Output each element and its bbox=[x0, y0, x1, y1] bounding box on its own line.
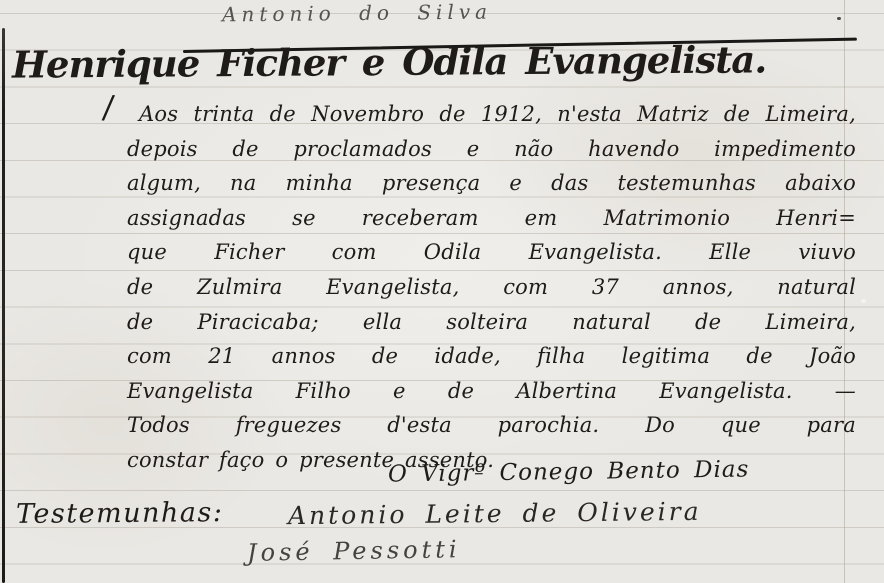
record-body-line: Evangelista Filho e de Albertina Evangel… bbox=[127, 374, 856, 409]
record-body-line: assignadas se receberam em Matrimonio He… bbox=[127, 201, 856, 236]
record-body-line: que Ficher com Odila Evangelista. Elle v… bbox=[127, 235, 856, 270]
witness-signature: José Pessotti bbox=[247, 535, 461, 567]
witness-signature: Antonio Leite de Oliveira bbox=[288, 497, 702, 530]
witnesses-label: Testemunhas: bbox=[16, 497, 224, 530]
previous-record-signature: Antonio do Silva bbox=[222, 0, 492, 26]
margin-slash-mark: / bbox=[101, 88, 116, 127]
record-body: Aos trinta de Novembro de 1912, n'esta M… bbox=[127, 97, 856, 478]
record-body-line: Todos freguezes d'esta parochia. Do que … bbox=[127, 408, 856, 443]
record-body-line: de Piracicaba; ella solteira natural de … bbox=[127, 305, 856, 340]
record-body-line: de Zulmira Evangelista, com 37 annos, na… bbox=[127, 270, 856, 305]
scanned-register-page: Antonio do Silva Henrique Ficher e Odila… bbox=[0, 0, 884, 583]
record-body-line: depois de proclamados e não havendo impe… bbox=[127, 132, 856, 167]
paper-flaw bbox=[861, 299, 866, 303]
celebrant-signature: O Vigrº Conego Bento Dias bbox=[388, 456, 750, 487]
record-title: Henrique Ficher e Odila Evangelista. bbox=[12, 37, 766, 86]
record-body-line: com 21 annos de idade, filha legitima de… bbox=[127, 339, 856, 374]
left-binding-edge bbox=[2, 28, 5, 583]
record-body-line: algum, na minha presença e das testemunh… bbox=[127, 166, 856, 201]
record-body-line: Aos trinta de Novembro de 1912, n'esta M… bbox=[127, 97, 856, 132]
ink-speck bbox=[837, 17, 841, 20]
